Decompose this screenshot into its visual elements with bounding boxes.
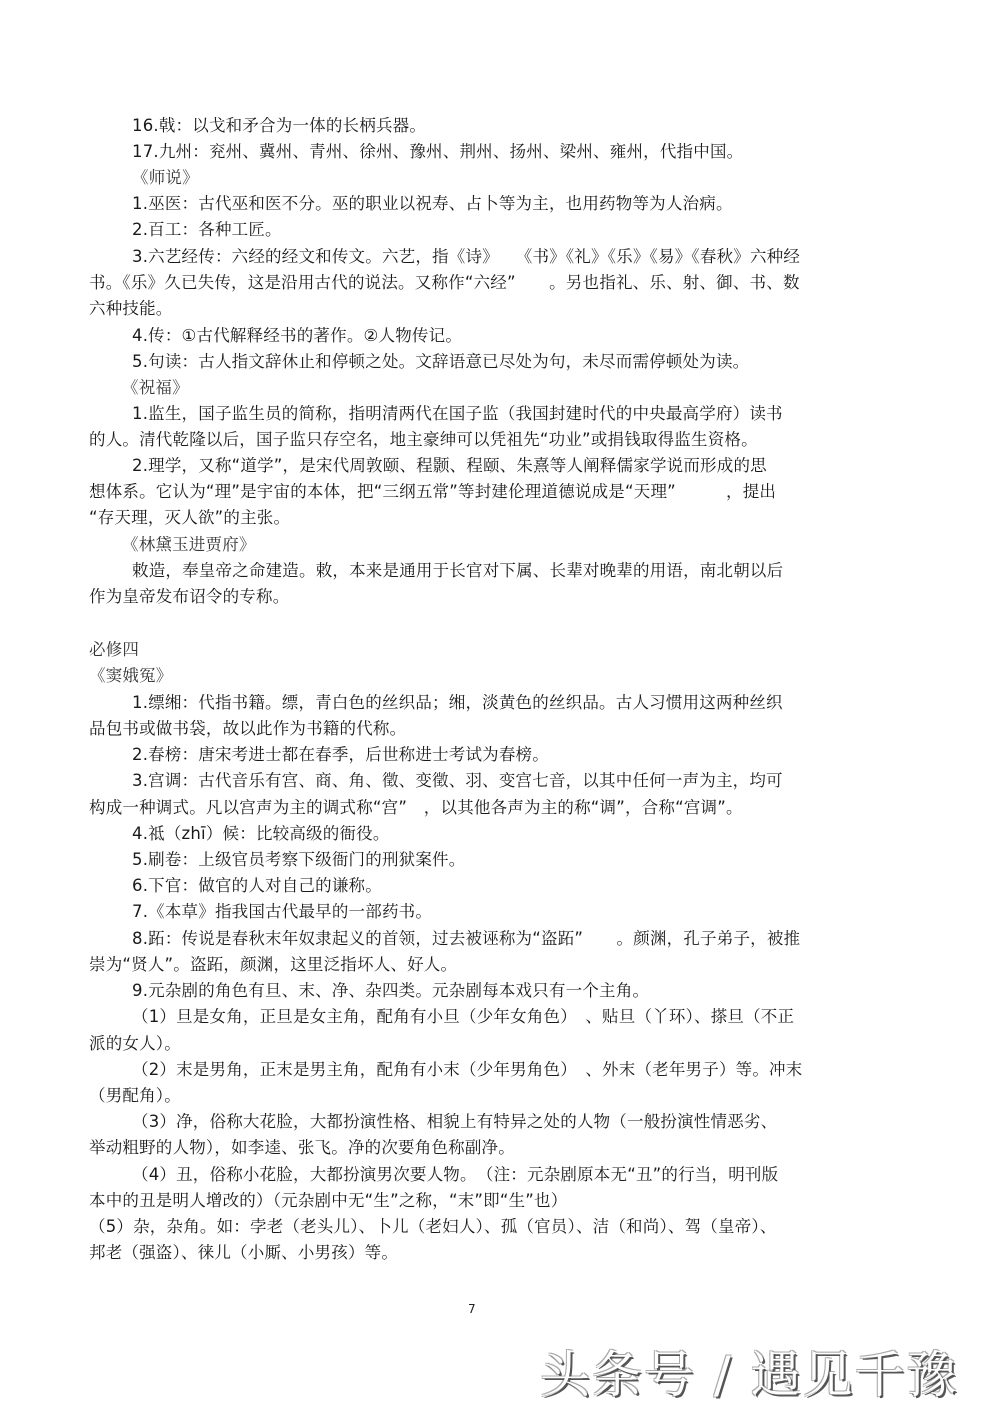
- text-line: 8.跖：传说是春秋末年奴隶起义的首领，过去被诬称为“盗跖” 。颜渊，孔子弟子，被…: [132, 928, 800, 950]
- text-line: 5.刷卷：上级官员考察下级衙门的刑狱案件。: [132, 849, 465, 871]
- text-line: 16.戟：以戈和矛合为一体的长柄兵器。: [132, 115, 426, 137]
- text-line: 7.《本草》指我国古代最早的一部药书。: [132, 901, 432, 923]
- text-line: 派的女人）。: [89, 1033, 181, 1055]
- text-line: 3.六艺经传：六经的经文和传文。六艺，指《诗》 《书》《礼》《乐》《易》《春秋》…: [132, 246, 800, 268]
- text-line: 1.监生，国子监生员的简称，指明清两代在国子监（我国封建时代的中央最高学府）读书: [132, 403, 783, 425]
- text-line: 3.宫调：古代音乐有宫、商、角、徵、变徵、羽、变宫七音，以其中任何一声为主，均可: [132, 770, 783, 792]
- text-line: 本中的丑是明人增改的）（元杂剧中无“生”之称，“末”即“生”也）: [89, 1190, 567, 1212]
- text-line: 2.理学，又称“道学”，是宋代周敦颐、程颢、程颐、朱熹等人阐释儒家学说而形成的思: [132, 455, 767, 477]
- text-line: 六种技能。: [89, 298, 173, 320]
- section-heading: 《师说》: [132, 167, 199, 189]
- text-line: （3）净，俗称大花脸，大都扮演性格、相貌上有特异之处的人物（一般扮演性情恶劣、: [132, 1111, 777, 1133]
- text-line: 敕造，奉皇帝之命建造。敕，本来是通用于长官对下属、长辈对晚辈的用语，南北朝以后: [132, 560, 783, 582]
- section-heading: 《祝福》: [122, 377, 189, 399]
- text-line: 1.巫医：古代巫和医不分。巫的职业以祝寿、占卜等为主，也用药物等为人治病。: [132, 193, 733, 215]
- text-line: 举动粗野的人物），如李逵、张飞。净的次要角色称副净。: [89, 1137, 515, 1159]
- text-line: 邦老（强盗）、徕儿（小厮、小男孩）等。: [89, 1242, 398, 1264]
- section-heading: 《窦娥冤》: [89, 665, 173, 687]
- text-line: 的人。清代乾隆以后，国子监只存空名，地主豪绅可以凭祖先“功业”或捐钱取得监生资格…: [89, 429, 758, 451]
- watermark: 头条号 / 遇见千豫: [540, 1335, 959, 1407]
- text-line: 5.句读：古人指文辞休止和停顿之处。文辞语意已尽处为句，未尽而需停顿处为读。: [132, 351, 749, 373]
- text-line: （2）末是男角，正末是男主角，配角有小末（少年男角色） 、外末（老年男子）等。冲…: [132, 1059, 802, 1081]
- document-page: 16.戟：以戈和矛合为一体的长柄兵器。17.九州：兖州、冀州、青州、徐州、豫州、…: [0, 0, 1000, 1415]
- text-line: 6.下官：做官的人对自己的谦称。: [132, 875, 382, 897]
- text-line: 崇为“贤人”。盗跖，颜渊，这里泛指坏人、好人。: [89, 954, 457, 976]
- section-heading: 《林黛玉进贾府》: [122, 534, 256, 556]
- text-line: 2.春榜：唐宋考进士都在春季，后世称进士考试为春榜。: [132, 744, 549, 766]
- text-line: 1.缥缃：代指书籍。缥，青白色的丝织品；缃，淡黄色的丝织品。古人习惯用这两种丝织: [132, 692, 783, 714]
- text-line: （1）旦是女角，正旦是女主角，配角有小旦（少年女角色） 、贴旦（丫环）、搽旦（不…: [132, 1006, 794, 1028]
- text-line: 作为皇帝发布诏令的专称。: [89, 586, 289, 608]
- text-line: （4）丑，俗称小花脸，大都扮演男次要人物。 （注：元杂剧原本无“丑”的行当，明刊…: [132, 1164, 778, 1186]
- text-line: 品包书或做书袋，故以此作为书籍的代称。: [89, 718, 406, 740]
- text-line: 17.九州：兖州、冀州、青州、徐州、豫州、荆州、扬州、梁州、雍州，代指中国。: [132, 141, 743, 163]
- text-line: 9.元杂剧的角色有旦、末、净、杂四类。元杂剧每本戏只有一个主角。: [132, 980, 649, 1002]
- text-line: 2.百工：各种工匠。: [132, 219, 282, 241]
- text-line: （5）杂，杂角。如：孛老（老头儿）、卜儿（老妇人）、孤（官员）、洁（和尚）、驾（…: [89, 1216, 777, 1238]
- text-line: （男配角）。: [89, 1085, 181, 1107]
- text-line: 4.传：①古代解释经书的著作。②人物传记。: [132, 325, 462, 347]
- text-line: 构成一种调式。凡以宫声为主的调式称“宫” ，以其他各声为主的称“调”，合称“宫调…: [89, 797, 743, 819]
- section-heading: 必修四: [89, 639, 139, 661]
- text-line: 想体系。它认为“理”是宇宙的本体，把“三纲五常”等封建伦理道德说成是“天理” ，…: [89, 481, 776, 503]
- page-number: 7: [468, 1302, 476, 1316]
- text-line: 书。《乐》久已失传，这是沿用古代的说法。又称作“六经” 。另也指礼、乐、射、御、…: [89, 272, 800, 294]
- text-line: “存天理，灭人欲”的主张。: [89, 507, 290, 529]
- text-line: 4.祗（zhī）候：比较高级的衙役。: [132, 823, 390, 845]
